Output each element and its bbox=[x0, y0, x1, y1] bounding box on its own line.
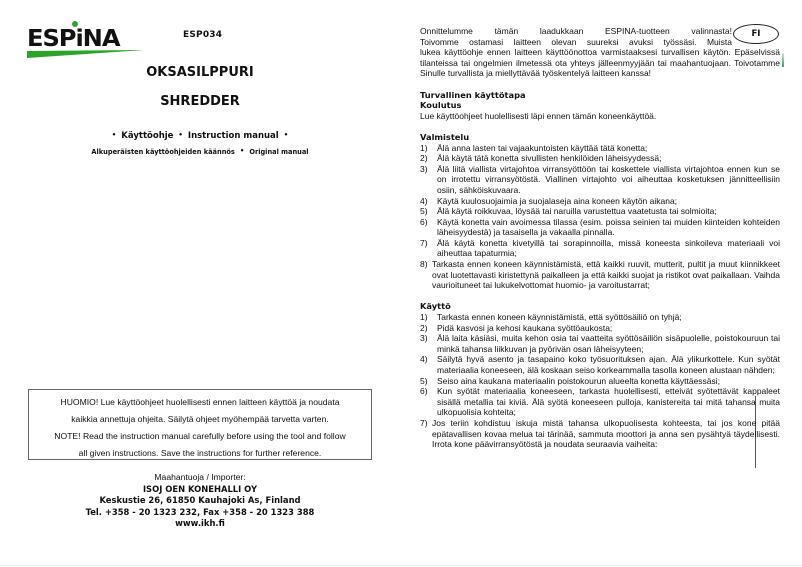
list-item: 1)Tarkasta ennen koneen käynnistämistä, … bbox=[420, 312, 780, 323]
intro-line-1: Onnittelumme tämän laadukkaan ESPINA-tuo… bbox=[420, 26, 732, 37]
list-item: 5)Seiso aina kaukana materiaalin poistok… bbox=[420, 376, 780, 387]
list-item: 3)Älä laita käsiäsi, muita kehon osia ta… bbox=[420, 333, 780, 354]
bullet-separator: • bbox=[112, 131, 116, 139]
manual-type-line: •Käyttöohje•Instruction manual• bbox=[0, 131, 400, 141]
bullet-separator: • bbox=[178, 131, 182, 139]
list-item: 1)Älä anna lasten tai vajaakuntoisten kä… bbox=[420, 143, 780, 154]
manual-origin-fi: Alkuperäisten käyttöohjeiden käännös bbox=[91, 148, 234, 156]
list-item: 4)Säilytä hyvä asento ja tasapaino koko … bbox=[420, 354, 780, 375]
notice-line: NOTE! Read the instruction manual carefu… bbox=[33, 428, 367, 445]
model-number: ESP034 bbox=[183, 30, 222, 40]
notice-line: kaikkia annettuja ohjeita. Säilytä ohjee… bbox=[33, 411, 367, 428]
page-bottom-edge bbox=[0, 565, 802, 566]
espina-logo: ESPiNA bbox=[27, 18, 147, 58]
bullet-separator: • bbox=[284, 131, 288, 139]
list-item: 7)Jos teriin kohdistuu iskuja mistä taha… bbox=[420, 418, 780, 450]
logo-wordmark: ESPiNA bbox=[27, 26, 119, 52]
importer-phone: Tel. +358 - 20 1323 232, Fax +358 - 20 1… bbox=[0, 507, 400, 519]
importer-website[interactable]: www.ikh.fi bbox=[0, 518, 400, 530]
logo-dot-icon bbox=[72, 21, 78, 27]
usage-list: 1)Tarkasta ennen koneen käynnistämistä, … bbox=[420, 312, 780, 450]
list-item: 8)Tarkasta ennen koneen käynnistämistä, … bbox=[420, 259, 780, 291]
product-title-fi: OKSASILPPURI bbox=[0, 65, 400, 80]
preparation-list: 1)Älä anna lasten tai vajaakuntoisten kä… bbox=[420, 143, 780, 291]
manual-label-fi: Käyttöohje bbox=[121, 131, 173, 141]
list-item: 2)Pidä kasvosi ja kehosi kaukana syöttöa… bbox=[420, 323, 780, 334]
left-page: ESPiNA ESP034 OKSASILPPURI SHREDDER •Käy… bbox=[0, 0, 400, 567]
notice-line: HUOMIO! Lue käyttöohjeet huolellisesti e… bbox=[33, 394, 367, 411]
importer-address: Keskustie 26, 61850 Kauhajoki As, Finlan… bbox=[0, 495, 400, 507]
safety-heading: Turvallinen käyttötapa bbox=[420, 90, 780, 101]
notice-line: all given instructions. Save the instruc… bbox=[33, 445, 367, 462]
training-text: Lue käyttöohjeet huolellisesti läpi enne… bbox=[420, 111, 780, 122]
list-item: 6)Kun syötät materiaalia koneeseen, tark… bbox=[420, 386, 780, 418]
right-page-text: Onnittelumme tämän laadukkaan ESPINA-tuo… bbox=[420, 26, 780, 450]
right-page: FI Onnittelumme tämän laadukkaan ESPINA-… bbox=[400, 0, 802, 567]
list-item: 6)Käytä konetta vain avoimessa tilassa (… bbox=[420, 217, 780, 238]
importer-company: ISOJ OEN KONEHALLI OY bbox=[0, 484, 400, 496]
manual-origin-line: Alkuperäisten käyttöohjeiden käännös•Ori… bbox=[0, 147, 400, 156]
logo-swoosh-icon bbox=[27, 50, 145, 58]
list-item: 7)Älä käytä konetta kivetyillä tai sorap… bbox=[420, 238, 780, 259]
product-title-en: SHREDDER bbox=[0, 94, 400, 109]
importer-label: Maahantuoja / Importer: bbox=[0, 472, 400, 484]
list-item: 2)Älä käytä tätä konetta sivullisten hen… bbox=[420, 153, 780, 164]
list-item: 5)Älä käytä roikkuvaa, löysää tai naruil… bbox=[420, 206, 780, 217]
bullet-separator: • bbox=[240, 147, 244, 155]
list-item: 3)Älä liitä viallista virtajohtoa virran… bbox=[420, 164, 780, 196]
training-heading: Koulutus bbox=[420, 100, 780, 111]
manual-label-en: Instruction manual bbox=[188, 131, 279, 141]
notice-box: HUOMIO! Lue käyttöohjeet huolellisesti e… bbox=[28, 389, 372, 460]
preparation-heading: Valmistelu bbox=[420, 132, 780, 143]
manual-origin-en: Original manual bbox=[249, 148, 308, 156]
usage-heading: Käyttö bbox=[420, 301, 780, 312]
intro-line-2: Toivomme ostamasi laitteen olevan suurek… bbox=[420, 37, 732, 48]
intro-text: lukea käyttöohje ennen laitteen käyttöön… bbox=[420, 47, 780, 79]
page-edge-marker bbox=[782, 53, 784, 67]
list-item: 4)Käytä kuulosuojaimia ja suojalaseja ai… bbox=[420, 196, 780, 207]
importer-info: Maahantuoja / Importer: ISOJ OEN KONEHAL… bbox=[0, 472, 400, 530]
